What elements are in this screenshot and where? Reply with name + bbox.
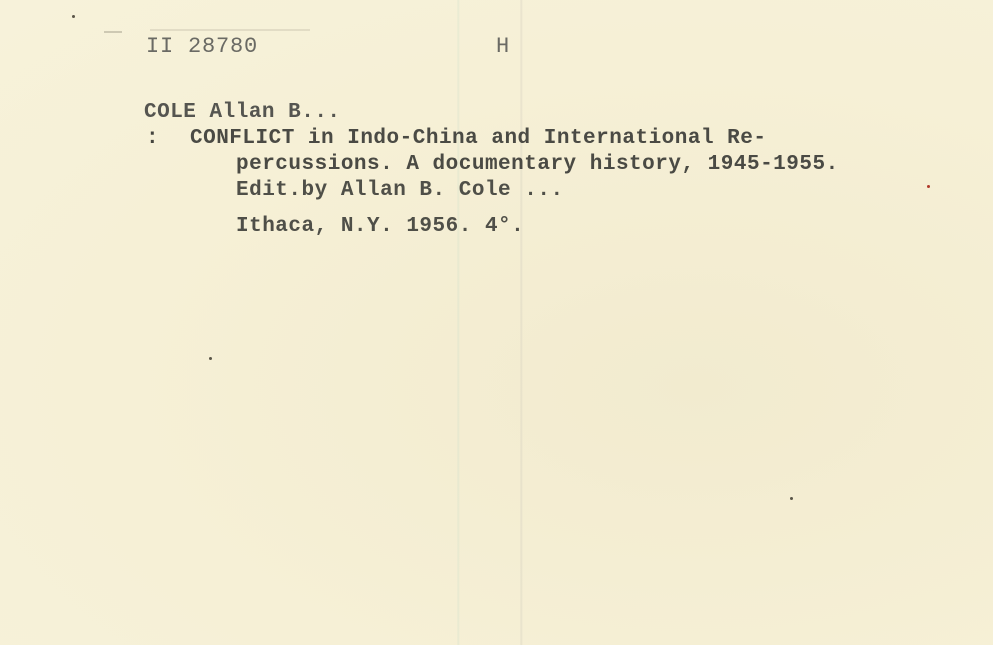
pencil-smudge — [104, 31, 122, 33]
title-line-2: percussions. A documentary history, 1945… — [236, 154, 839, 175]
imprint: Ithaca, N.Y. 1956. 4°. — [236, 216, 524, 237]
ink-speck — [927, 185, 930, 188]
call-number: II 28780 — [146, 36, 258, 58]
title-line-1: CONFLICT in Indo-China and International… — [190, 128, 767, 149]
ink-speck — [72, 15, 75, 18]
location-mark: H — [496, 36, 510, 58]
ink-speck — [790, 497, 793, 500]
ink-speck — [209, 357, 212, 360]
author-heading: COLE Allan B... — [144, 102, 341, 123]
pencil-smudge — [150, 29, 310, 31]
title-marker: : — [146, 128, 159, 149]
catalog-card: II 28780 H COLE Allan B... : CONFLICT in… — [0, 0, 993, 645]
title-line-3: Edit.by Allan B. Cole ... — [236, 180, 564, 201]
